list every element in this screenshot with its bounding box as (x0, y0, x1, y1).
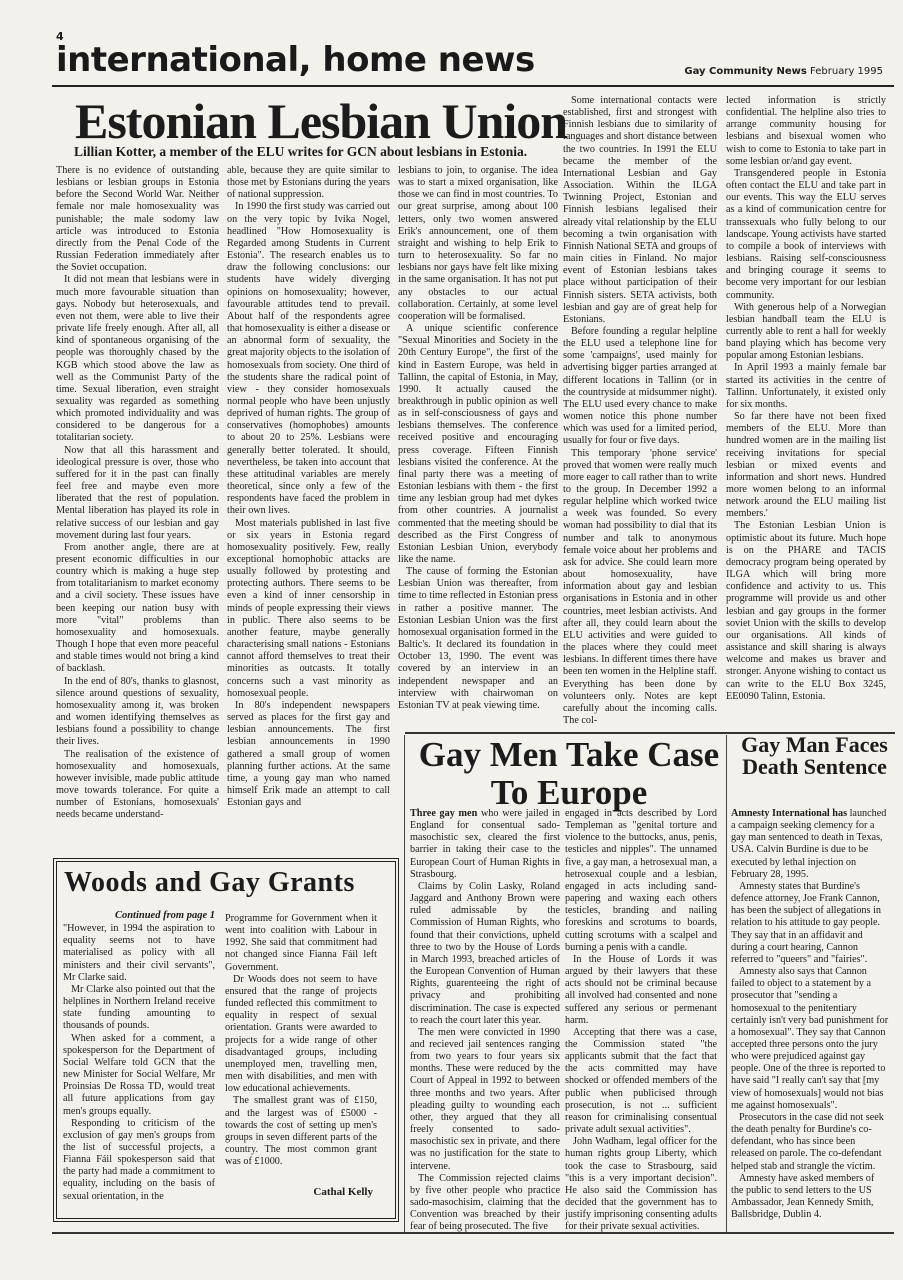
paragraph: able, because they are quite similar to … (227, 165, 390, 201)
lead-in: Amnesty International has (731, 808, 847, 819)
paragraph: In the House of Lords it was argued by t… (565, 954, 717, 1027)
paragraph: Now that all this harassment and ideolog… (56, 445, 219, 542)
elu-column-5: lected information is strictly confident… (726, 95, 886, 703)
paragraph: In April 1993 a mainly female bar starte… (726, 362, 886, 411)
elu-column-4: Some international contacts were establi… (563, 95, 717, 727)
death-column: Amnesty International has launched a cam… (731, 808, 889, 1221)
paragraph: "However, in 1994 the aspiration to equa… (63, 923, 215, 984)
paragraph: Accepting that there was a case, the Com… (565, 1027, 717, 1136)
paragraph: Prosecutors in the case did not seek the… (731, 1112, 889, 1173)
footer-rule (52, 1232, 894, 1234)
elu-column-1: There is no evidence of outstanding lesb… (56, 165, 219, 821)
headline-death-sentence: Gay Man Faces Death Sentence (732, 734, 897, 778)
paragraph: A unique scientific conference "Sexual M… (398, 323, 558, 566)
lead-in: Three gay men (410, 808, 477, 819)
woods-column-2: Programme for Government when it went in… (225, 913, 377, 1168)
paragraph: With generous help of a Norwegian lesbia… (726, 302, 886, 363)
paragraph: Three gay men who were jailed in England… (410, 808, 560, 881)
section-title: international, home news (56, 40, 535, 80)
paragraph: Mr Clarke also pointed out that the help… (63, 984, 215, 1033)
publication-name: Gay Community News (684, 66, 807, 77)
byline-elu: Lillian Kotter, a member of the ELU writ… (74, 144, 527, 160)
column-rule (404, 735, 405, 1232)
paragraph: Some international contacts were establi… (563, 95, 717, 326)
paragraph: Responding to criticism of the exclusion… (63, 1118, 215, 1203)
paragraph: The realisation of the existence of homo… (56, 749, 219, 822)
headline-woods: Woods and Gay Grants (64, 867, 355, 899)
europe-column-1: Three gay men who were jailed in England… (410, 808, 560, 1233)
paragraph: From another angle, there are at present… (56, 542, 219, 676)
paragraph: The cause of forming the Estonian Lesbia… (398, 566, 558, 712)
paragraph: Amnesty also says that Cannon failed to … (731, 966, 889, 1112)
elu-column-3: lesbians to join, to organise. The idea … (398, 165, 558, 712)
paragraph: Most materials published in last five or… (227, 518, 390, 700)
headline-europe: Gay Men Take Case To Europe (410, 736, 728, 812)
masthead: Gay Community News February 1995 (684, 66, 883, 77)
elu-column-2: able, because they are quite similar to … (227, 165, 390, 809)
europe-column-2: engaged in acts described by Lord Temple… (565, 808, 717, 1233)
paragraph: Amnesty have asked members of the public… (731, 1173, 889, 1222)
header-rule (52, 85, 894, 87)
paragraph: Amnesty International has launched a cam… (731, 808, 889, 881)
issue-date: February 1995 (810, 66, 883, 77)
paragraph: In the end of 80's, thanks to glasnost, … (56, 676, 219, 749)
paragraph: Amnesty states that Burdine's defence at… (731, 881, 889, 966)
woods-column-1: Continued from page 1 "However, in 1994 … (63, 910, 215, 1203)
paragraph: The men were convicted in 1990 and recie… (410, 1027, 560, 1173)
paragraph: The Estonian Lesbian Union is optimistic… (726, 520, 886, 702)
paragraph: In 1990 the first study was carried out … (227, 201, 390, 517)
paragraph: John Wadham, legal officer for the human… (565, 1136, 717, 1233)
paragraph: Claims by Colin Lasky, Roland Jaggard an… (410, 881, 560, 1027)
paragraph: The smallest grant was of £150, and the … (225, 1095, 377, 1168)
paragraph: It did not mean that lesbians were in mu… (56, 274, 219, 444)
column-rule (726, 735, 727, 1232)
paragraph: engaged in acts described by Lord Temple… (565, 808, 717, 954)
paragraph: So far there have not been fixed members… (726, 411, 886, 520)
author-signature: Cathal Kelly (225, 1186, 373, 1198)
paragraph: This temporary 'phone service' proved th… (563, 448, 717, 728)
paragraph: Programme for Government when it went in… (225, 913, 377, 974)
paragraph: The Commission rejected claims by five o… (410, 1173, 560, 1234)
paragraph: lesbians to join, to organise. The idea … (398, 165, 558, 323)
headline-elu: Estonian Lesbian Union (75, 92, 567, 150)
paragraph: lected information is strictly confident… (726, 95, 886, 168)
paragraph: There is no evidence of outstanding lesb… (56, 165, 219, 274)
paragraph: In 80's independent newspapers served as… (227, 700, 390, 809)
paragraph: Dr Woods does not seem to have ensured t… (225, 974, 377, 1096)
paragraph: Before founding a regular helpline the E… (563, 326, 717, 448)
continued-label: Continued from page 1 (63, 910, 215, 922)
paragraph: When asked for a comment, a spokesperson… (63, 1033, 215, 1118)
paragraph: Transgendered people in Estonia often co… (726, 168, 886, 302)
